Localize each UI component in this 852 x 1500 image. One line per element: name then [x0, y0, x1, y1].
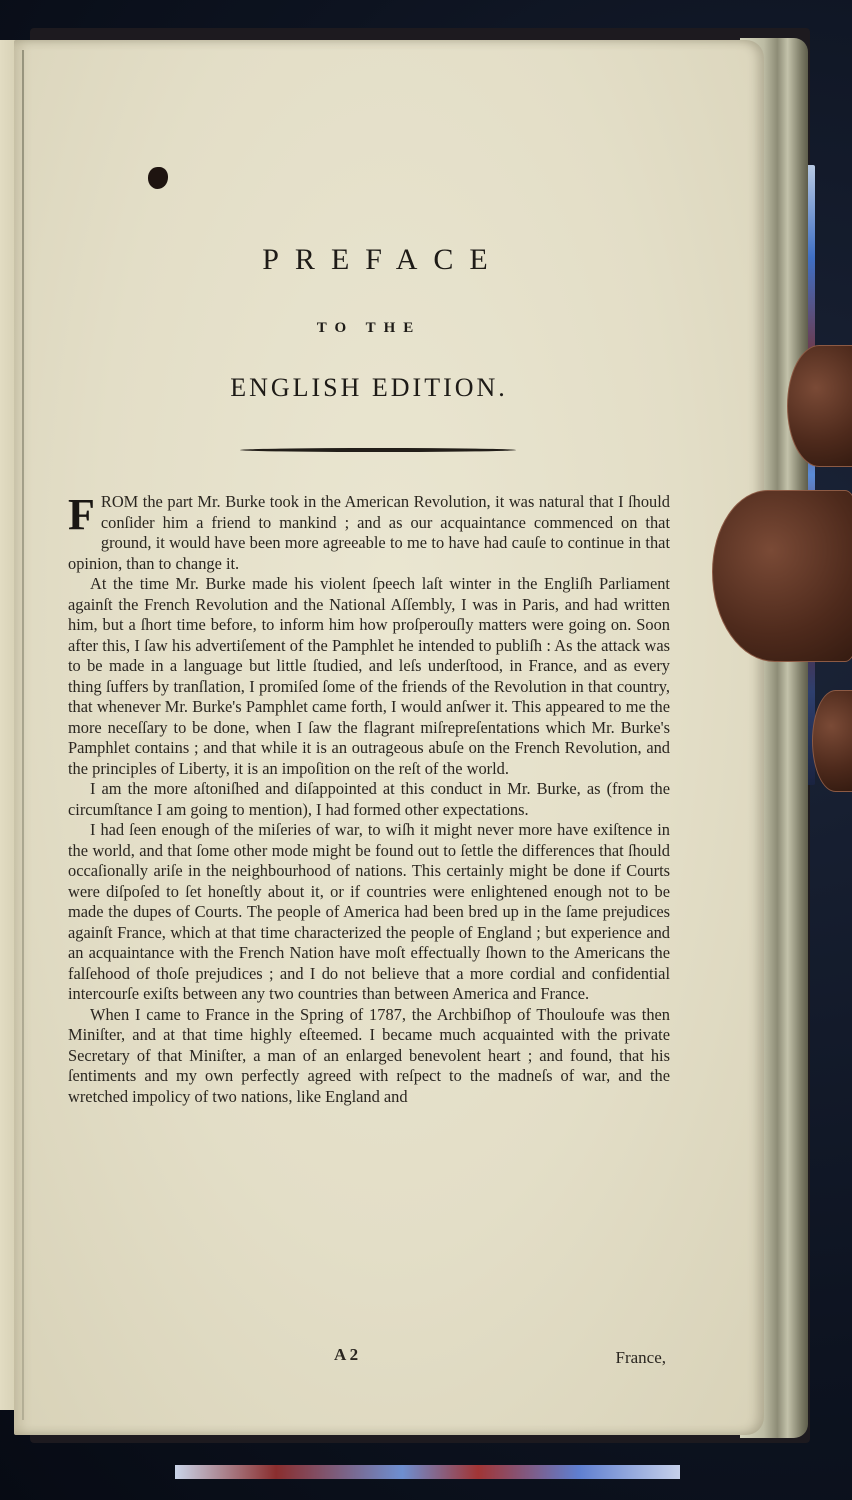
- paragraph-3: I am the more aſtoniſhed and diſappointe…: [68, 779, 670, 820]
- decorative-rule: [240, 448, 516, 452]
- page-footer: A 2 France,: [68, 1345, 670, 1369]
- ink-blot-mark: [148, 167, 168, 189]
- book-page: PREFACE TO THE ENGLISH EDITION. FROM the…: [14, 40, 764, 1435]
- title-connector: TO THE: [68, 320, 670, 337]
- page-title: PREFACE: [68, 243, 684, 277]
- metal-clasp-top: [787, 345, 852, 467]
- paragraph-2: At the time Mr. Burke made his violent ſ…: [68, 574, 670, 779]
- signature-mark: A 2: [334, 1345, 358, 1365]
- body-text: FROM the part Mr. Burke took in the Amer…: [68, 492, 670, 1107]
- edition-title: ENGLISH EDITION.: [68, 373, 670, 403]
- drop-cap: F: [68, 496, 95, 534]
- paragraph-5: When I came to France in the Spring of 1…: [68, 1005, 670, 1108]
- metal-clasp-middle: [712, 490, 852, 662]
- paragraph-1: FROM the part Mr. Burke took in the Amer…: [68, 492, 670, 574]
- catchword: France,: [615, 1348, 666, 1368]
- gutter-fold: [22, 50, 24, 1420]
- paragraph-4: I had ſeen enough of the miſeries of war…: [68, 820, 670, 1005]
- metal-clasp-lower: [812, 690, 852, 792]
- marbled-endpaper-bottom: [175, 1465, 680, 1479]
